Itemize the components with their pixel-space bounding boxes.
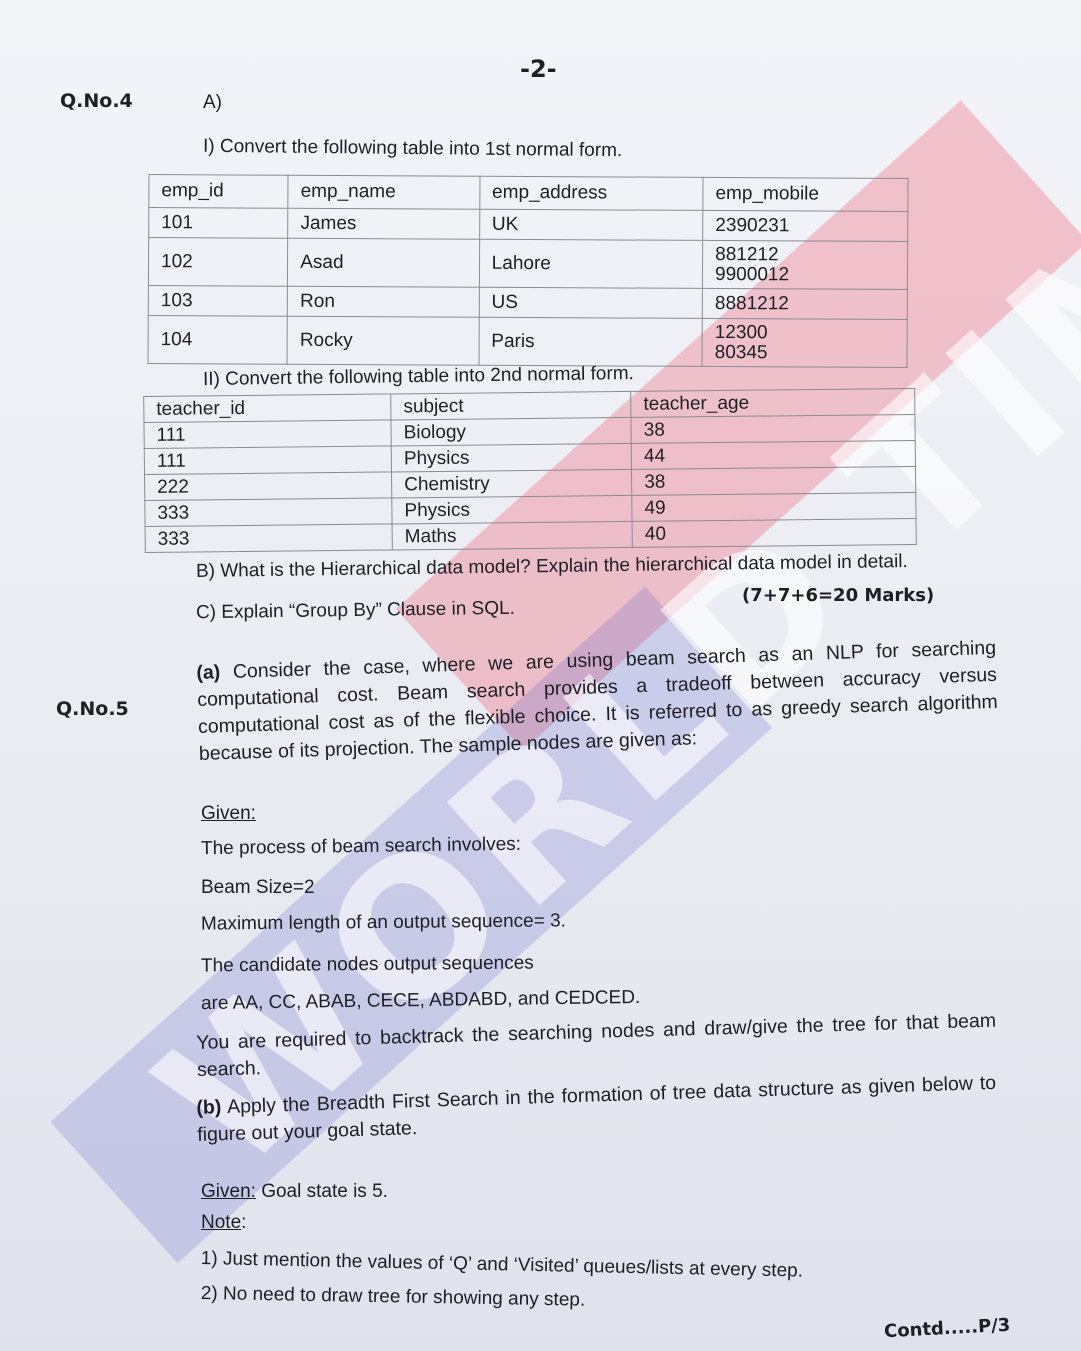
cell-teacher-id: 333 (145, 498, 392, 527)
cell-emp-id: 104 (148, 316, 287, 365)
q4-part-b: B) What is the Hierarchical data model? … (196, 551, 908, 583)
q5-part-a-prefix: (a) (196, 661, 221, 684)
column-header: emp_name (288, 175, 480, 209)
table-row: 101 James UK 2390231 (149, 208, 908, 242)
cell-teacher-age: 40 (632, 518, 916, 547)
cell-teacher-id: 111 (144, 446, 391, 475)
cell-emp-address: Paris (479, 317, 703, 366)
cell-emp-mobile: 8881212 (702, 288, 907, 319)
question-5-label: Q.No.5 (56, 698, 129, 720)
cell-emp-mobile: 12300 80345 (702, 318, 907, 367)
cell-subject: Chemistry (392, 469, 632, 498)
cell-emp-id: 101 (149, 208, 288, 239)
note-heading: Note: (201, 1212, 246, 1234)
q4-instruction-1nf: I) Convert the following table into 1st … (203, 136, 622, 162)
column-header: subject (391, 391, 631, 420)
max-sequence-length: Maximum length of an output sequence= 3. (201, 910, 566, 935)
note-label: Note (201, 1212, 241, 1233)
q5-part-b-body: Apply the Breadth First Search in the fo… (197, 1072, 996, 1146)
q5-part-b-text: (b) Apply the Breadth First Search in th… (196, 1070, 997, 1149)
cell-teacher-id: 333 (145, 524, 392, 553)
q4-part-c: C) Explain “Group By” Clause in SQL. (196, 598, 515, 624)
q5-part-a-body: Consider the case, where we are using be… (197, 637, 998, 765)
note-colon: : (241, 1212, 246, 1233)
q4-part-a-label: A) (203, 92, 222, 114)
column-header: teacher_id (144, 394, 391, 423)
candidate-nodes-line-2: are AA, CC, ABAB, CECE, ABDABD, and CEDC… (201, 987, 641, 1015)
cell-emp-name: Ron (287, 286, 479, 317)
cell-subject: Maths (392, 521, 632, 550)
cell-emp-address: Lahore (479, 239, 703, 288)
cell-teacher-age: 44 (631, 440, 915, 469)
cell-emp-address: UK (479, 209, 703, 240)
column-header: emp_mobile (703, 177, 908, 211)
exam-page: WORLD TIMES -2- Q.No.4 A) I) Convert the… (0, 0, 1081, 1351)
page-number: -2- (520, 55, 557, 83)
q4-instruction-2nf: II) Convert the following table into 2nd… (203, 363, 634, 391)
mobile-number: 9900012 (715, 264, 895, 285)
cell-teacher-age: 38 (632, 466, 916, 495)
column-header: emp_address (479, 176, 703, 210)
cell-teacher-id: 222 (145, 472, 392, 501)
goal-given-label: Given: (201, 1181, 256, 1202)
cell-emp-id: 102 (148, 238, 287, 287)
q5-part-a-text: (a) Consider the case, where we are usin… (196, 635, 999, 768)
cell-teacher-age: 38 (631, 414, 915, 443)
teacher-table: teacher_id subject teacher_age 111 Biolo… (143, 388, 917, 553)
cell-emp-id: 103 (148, 286, 287, 317)
cell-teacher-age: 49 (632, 492, 916, 521)
cell-subject: Physics (391, 443, 631, 472)
cell-emp-mobile: 881212 9900012 (703, 240, 908, 289)
q5-part-b-prefix: (b) (196, 1096, 222, 1119)
goal-state-line: Given: Goal state is 5. (201, 1181, 388, 1203)
q5-part-a-task: You are required to backtrack the search… (196, 1008, 997, 1084)
table-row: 104 Rocky Paris 12300 80345 (148, 316, 907, 368)
cell-teacher-id: 111 (144, 420, 391, 449)
employee-table: emp_id emp_name emp_address emp_mobile 1… (148, 174, 909, 368)
cell-emp-name: Rocky (287, 316, 479, 365)
column-header: emp_id (149, 175, 288, 209)
question-4-label: Q.No.4 (60, 90, 133, 112)
table-row: 103 Ron US 8881212 (148, 286, 907, 320)
beam-size: Beam Size=2 (201, 877, 315, 899)
beam-process-text: The process of beam search involves: (201, 834, 521, 860)
table-row: 102 Asad Lahore 881212 9900012 (148, 238, 907, 290)
note-item-2: 2) No need to draw tree for showing any … (201, 1283, 586, 1312)
cell-emp-name: James (288, 208, 480, 239)
cell-subject: Physics (392, 495, 632, 524)
candidate-nodes-line-1: The candidate nodes output sequences (201, 953, 534, 978)
mobile-number: 881212 (715, 244, 895, 265)
column-header: teacher_age (631, 388, 915, 417)
cell-subject: Biology (391, 417, 631, 446)
given-label: Given: (201, 803, 256, 825)
cell-emp-address: US (479, 287, 703, 318)
q4-marks: (7+7+6=20 Marks) (742, 585, 934, 606)
goal-state-text: Goal state is 5. (256, 1181, 388, 1202)
cell-emp-name: Asad (288, 238, 480, 287)
mobile-number: 12300 (715, 322, 895, 343)
note-item-1: 1) Just mention the values of ‘Q’ and ‘V… (201, 1248, 804, 1283)
mobile-number: 80345 (715, 342, 895, 363)
continued-footer: Contd.....P/3 (884, 1315, 1011, 1343)
cell-emp-mobile: 2390231 (703, 210, 908, 241)
